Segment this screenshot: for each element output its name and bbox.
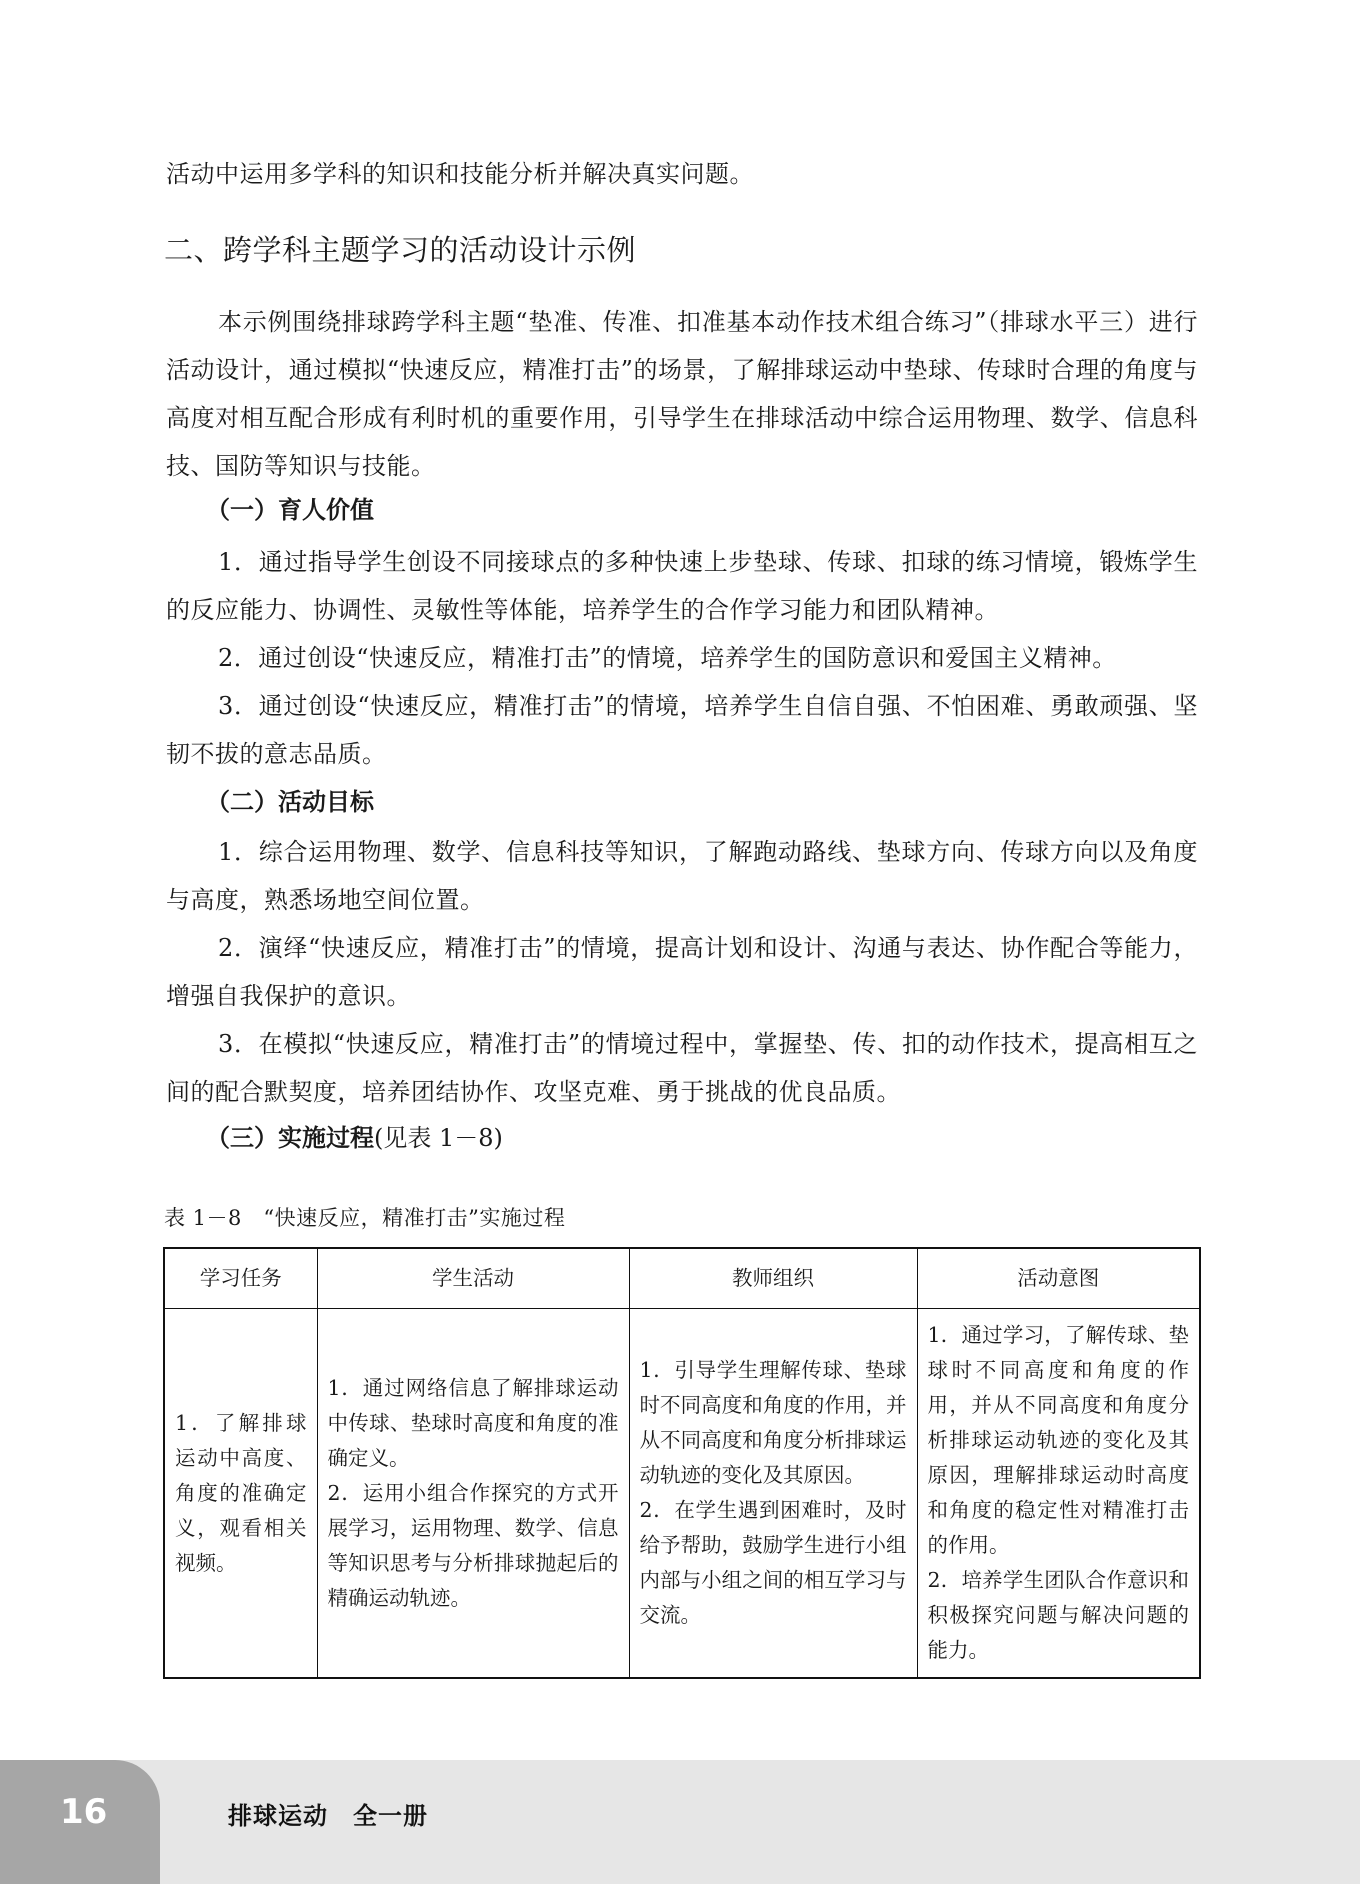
- page-number-tab: 16: [0, 1760, 160, 1884]
- values-item-2: 2．通过创设“快速反应，精准打击”的情境，培养学生的国防意识和爱国主义精神。: [166, 634, 1198, 682]
- subsection-heading-values: （一）育人价值: [206, 490, 374, 525]
- goals-item-1: 1．综合运用物理、数学、信息科技等知识，了解跑动路线、垫球方向、传球方向以及角度…: [166, 828, 1198, 924]
- book-title: 排球运动 全一册: [228, 1796, 428, 1831]
- cell-student-activity: 1．通过网络信息了解排球运动中传球、垫球时高度和角度的准确定义。 2．运用小组合…: [317, 1309, 629, 1679]
- table-row: 1．了解排球运动中高度、角度的准确定义，观看相关视频。 1．通过网络信息了解排球…: [164, 1309, 1200, 1679]
- subsection-heading-process: （三）实施过程(见表 1－8): [206, 1118, 503, 1153]
- header-student-activity: 学生活动: [317, 1248, 629, 1309]
- values-item-1: 1．通过指导学生创设不同接球点的多种快速上步垫球、传球、扣球的练习情境，锻炼学生…: [166, 538, 1198, 634]
- intro-tail: 活动中运用多学科的知识和技能分析并解决真实问题。: [166, 150, 1198, 198]
- cell-teacher-organization: 1．引导学生理解传球、垫球时不同高度和角度的作用，并从不同高度和角度分析排球运动…: [629, 1309, 917, 1679]
- header-teacher-organization: 教师组织: [629, 1248, 917, 1309]
- process-heading-note: (见表 1－8): [374, 1124, 503, 1152]
- values-item-3: 3．通过创设“快速反应，精准打击”的情境，培养学生自信自强、不怕困难、勇敢顽强、…: [166, 682, 1198, 778]
- header-task: 学习任务: [164, 1248, 317, 1309]
- overview-paragraph: 本示例围绕排球跨学科主题“垫准、传准、扣准基本动作技术组合练习”（排球水平三）进…: [166, 298, 1198, 490]
- table-header-row: 学习任务 学生活动 教师组织 活动意图: [164, 1248, 1200, 1309]
- page-number: 16: [60, 1792, 107, 1832]
- table-caption: 表 1－8 “快速反应，精准打击”实施过程: [164, 1202, 565, 1232]
- section-title: 二、跨学科主题学习的活动设计示例: [164, 228, 636, 269]
- subsection-heading-goals: （二）活动目标: [206, 782, 374, 817]
- cell-activity-intent: 1．通过学习，了解传球、垫球时不同高度和角度的作用，并从不同高度和角度分析排球运…: [917, 1309, 1200, 1679]
- cell-task: 1．了解排球运动中高度、角度的准确定义，观看相关视频。: [164, 1309, 317, 1679]
- goals-item-3: 3．在模拟“快速反应，精准打击”的情境过程中，掌握垫、传、扣的动作技术，提高相互…: [166, 1020, 1198, 1116]
- implementation-table: 学习任务 学生活动 教师组织 活动意图 1．了解排球运动中高度、角度的准确定义，…: [163, 1247, 1201, 1679]
- process-heading-text: （三）实施过程: [206, 1124, 374, 1152]
- goals-item-2: 2．演绎“快速反应，精准打击”的情境，提高计划和设计、沟通与表达、协作配合等能力…: [166, 924, 1198, 1020]
- page-footer: 16 排球运动 全一册: [0, 1760, 1360, 1884]
- header-activity-intent: 活动意图: [917, 1248, 1200, 1309]
